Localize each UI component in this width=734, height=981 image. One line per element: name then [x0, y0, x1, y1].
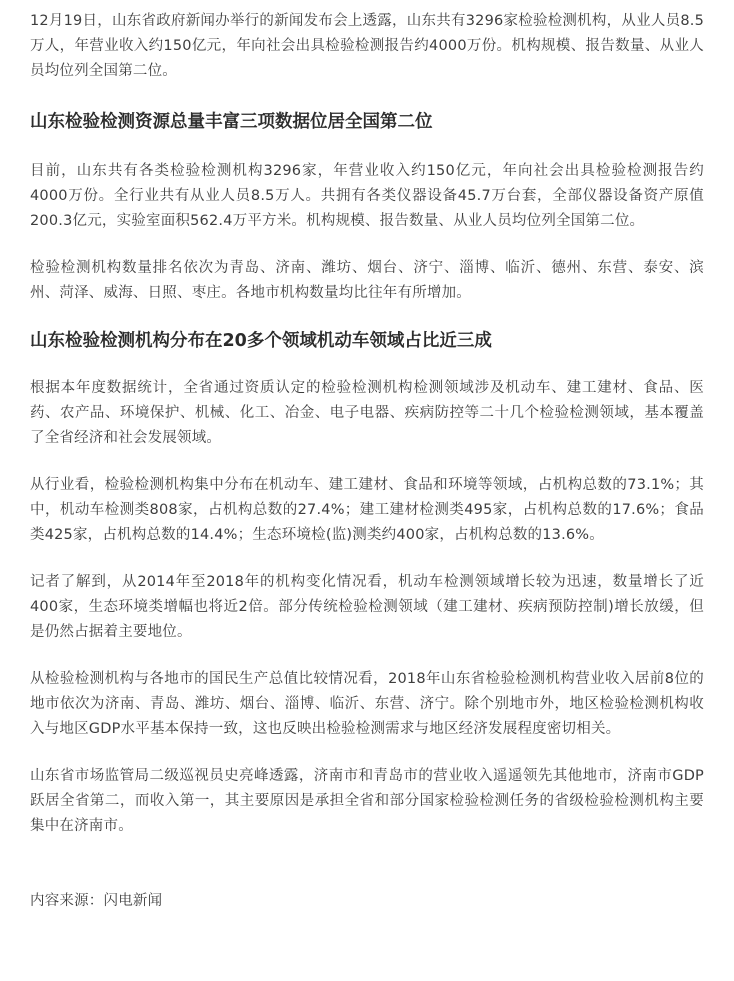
content-source: 内容来源：闪电新闻	[30, 889, 704, 914]
article-body: 12月19日，山东省政府新闻办举行的新闻发布会上透露，山东共有3296家检验检测…	[0, 0, 734, 914]
section-heading-resources: 山东检验检测资源总量丰富三项数据位居全国第二位	[30, 109, 704, 135]
intro-paragraph: 12月19日，山东省政府新闻办举行的新闻发布会上透露，山东共有3296家检验检测…	[30, 9, 704, 84]
paragraph-gdp-comparison: 从检验检测机构与各地市的国民生产总值比较情况看，2018年山东省检验检测机构营业…	[30, 667, 704, 742]
paragraph-fields: 根据本年度数据统计，全省通过资质认定的检验检测机构检测领域涉及机动车、建工建材、…	[30, 376, 704, 451]
paragraph-trend: 记者了解到，从2014年至2018年的机构变化情况看，机动车检测领域增长较为迅速…	[30, 570, 704, 645]
section-heading-distribution: 山东检验检测机构分布在20多个领域机动车领域占比近三成	[30, 328, 704, 354]
paragraph-official-quote: 山东省市场监管局二级巡视员史亮峰透露，济南市和青岛市的营业收入遥遥领先其他地市，…	[30, 764, 704, 839]
paragraph-resources-overview: 目前，山东共有各类检验检测机构3296家，年营业收入约150亿元，年向社会出具检…	[30, 159, 704, 234]
paragraph-industry-share: 从行业看，检验检测机构集中分布在机动车、建工建材、食品和环境等领域，占机构总数的…	[30, 473, 704, 548]
paragraph-city-ranking: 检验检测机构数量排名依次为青岛、济南、潍坊、烟台、济宁、淄博、临沂、德州、东营、…	[30, 256, 704, 306]
